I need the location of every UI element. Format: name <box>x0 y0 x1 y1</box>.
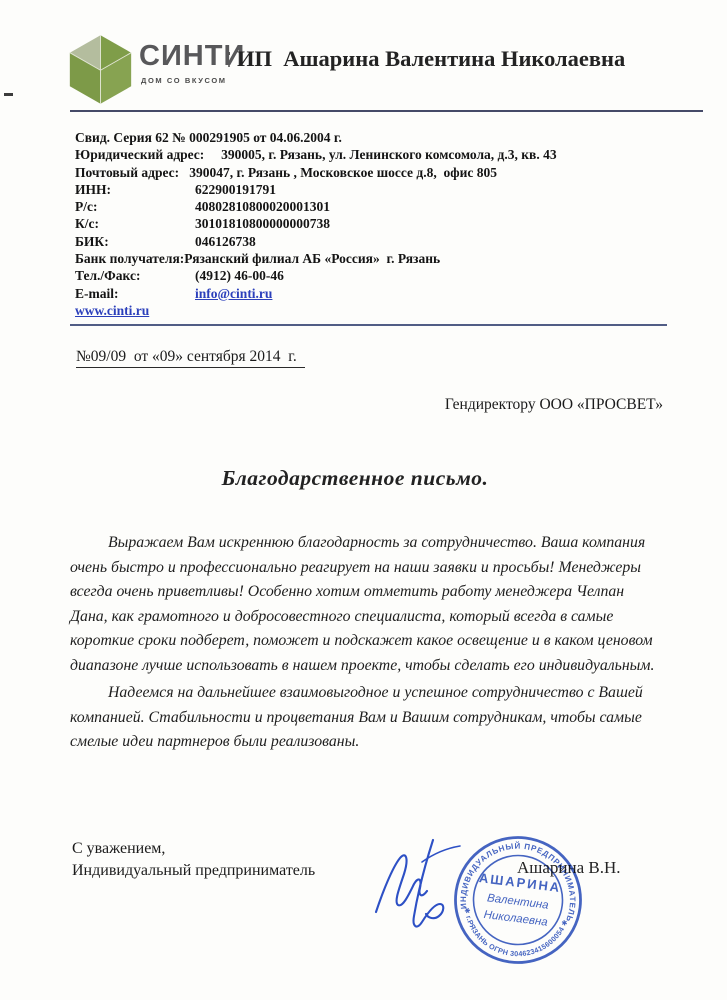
legal-address-line: Юридический адрес: 390005, г. Рязань, ул… <box>75 146 695 163</box>
phone-row: Тел./Факс:(4912) 46-00-46 <box>75 267 695 284</box>
letter-paragraph: Надеемся на дальнейшее взаимовыгодное и … <box>70 681 662 755</box>
company-requisites: Свид. Серия 62 № 000291905 от 04.06.2004… <box>75 129 695 319</box>
rs-row: Р/с:40802810800020001301 <box>75 198 695 215</box>
inn-value: 622900191791 <box>195 182 276 197</box>
bik-row: БИК:046126738 <box>75 233 695 250</box>
closing-block: С уважением, Индивидуальный предпринимат… <box>72 838 315 881</box>
phone-label: Тел./Факс: <box>75 267 195 284</box>
ks-label: К/с: <box>75 215 195 232</box>
scan-artifact <box>4 93 13 96</box>
letter-paragraph: Выражаем Вам искреннюю благодарность за … <box>70 531 662 678</box>
logo-tagline: ДОМ СО ВКУСОМ <box>141 76 227 85</box>
header-divider <box>70 110 703 112</box>
letter-body: Выражаем Вам искреннюю благодарность за … <box>70 531 662 758</box>
stamp-center-firstname: Валентина <box>486 892 549 911</box>
website-row: www.cinti.ru <box>75 302 695 319</box>
letter-title: Благодарственное письмо. <box>0 466 710 491</box>
closing-regards: С уважением, <box>72 838 315 860</box>
scan-artifact <box>228 52 230 67</box>
page-title: ИП Ашарина Валентина Николаевна <box>237 46 657 72</box>
bank-line: Банк получателя:Рязанский филиал АБ «Рос… <box>75 250 695 267</box>
requisites-divider <box>70 324 667 326</box>
ks-row: К/с:30101810800000000738 <box>75 215 695 232</box>
handwritten-signature <box>356 834 462 934</box>
addressee-line: Гендиректору ООО «ПРОСВЕТ» <box>445 396 663 414</box>
website-link[interactable]: www.cinti.ru <box>75 303 149 318</box>
closing-role: Индивидуальный предприниматель <box>72 860 315 882</box>
stamp-center-surname: АШАРИНА <box>478 870 562 895</box>
rs-value: 40802810800020001301 <box>195 199 330 214</box>
postal-address-line: Почтовый адрес: 390047, г. Рязань , Моск… <box>75 164 695 181</box>
bik-label: БИК: <box>75 233 195 250</box>
round-stamp: ИНДИВИДУАЛЬНЫЙ ПРЕДПРИНИМАТЕЛЬ ✱ г.РЯЗАН… <box>451 833 585 967</box>
email-link[interactable]: info@cinti.ru <box>195 286 272 301</box>
bik-value: 046126738 <box>195 234 256 249</box>
scanned-letter-page: СИНТИ ДОМ СО ВКУСОМ ИП Ашарина Валентина… <box>0 0 727 1000</box>
cinti-cube-logo-icon <box>64 33 137 106</box>
inn-row: ИНН:622900191791 <box>75 181 695 198</box>
certificate-line: Свид. Серия 62 № 000291905 от 04.06.2004… <box>75 129 695 146</box>
reference-number-line: №09/09 от «09» сентября 2014 г. <box>76 348 305 368</box>
email-row: E-mail:info@cinti.ru <box>75 285 695 302</box>
stamp-center-patronymic: Николаевна <box>483 909 548 929</box>
rs-label: Р/с: <box>75 198 195 215</box>
phone-value: (4912) 46-00-46 <box>195 268 284 283</box>
email-label: E-mail: <box>75 285 195 302</box>
ks-value: 30101810800000000738 <box>195 216 330 231</box>
inn-label: ИНН: <box>75 181 195 198</box>
